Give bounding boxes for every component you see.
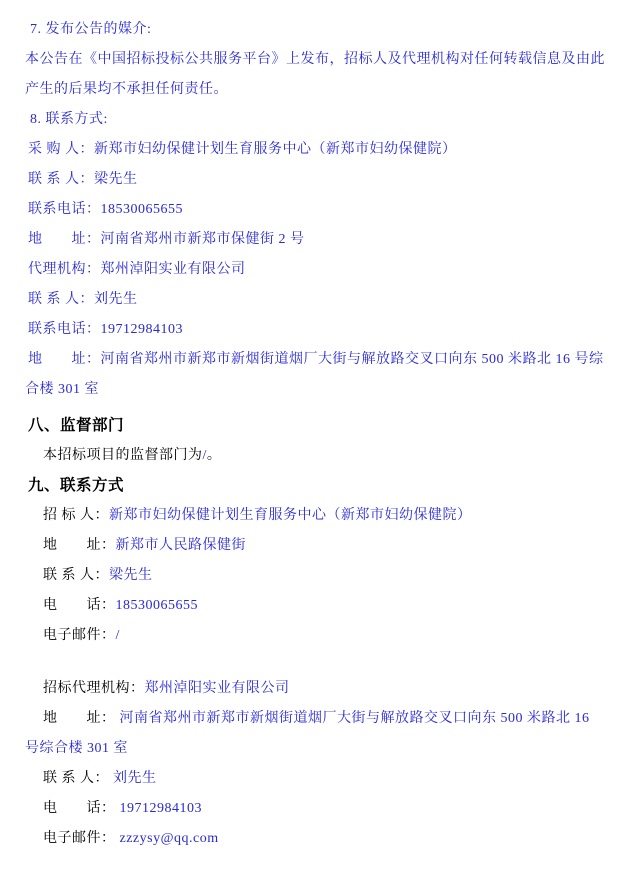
agency9-email-label: 电子邮件： bbox=[43, 831, 116, 846]
phone1-label: 联系电话： bbox=[28, 202, 101, 217]
tenderer-email-label: 电子邮件： bbox=[43, 628, 116, 643]
agency9-address-continuation-text: 号综合楼 301 室 bbox=[25, 741, 128, 756]
contact2-value: 刘先生 bbox=[94, 292, 138, 307]
contact2-row: 联 系 人：刘先生 bbox=[28, 285, 621, 315]
tenderer-row: 招 标 人：新郑市妇幼保健计划生育服务中心（新郑市妇幼保健院） bbox=[43, 501, 621, 531]
section7-body-line1: 本公告在《中国招标投标公共服务平台》上发布，招标人及代理机构对任何转载信息及由此 bbox=[25, 45, 621, 75]
tenderer-contact-row: 联 系 人：梁先生 bbox=[43, 561, 621, 591]
agency9-email-value: zzzysy@qq.com bbox=[116, 831, 219, 846]
agency9-phone-label: 电 话： bbox=[43, 801, 116, 816]
contact1-label: 联 系 人： bbox=[28, 172, 94, 187]
purchaser-value: 新郑市妇幼保健计划生育服务中心（新郑市妇幼保健院） bbox=[94, 142, 457, 157]
agency9-email-row: 电子邮件： zzzysy@qq.com bbox=[43, 824, 621, 854]
contact1-value: 梁先生 bbox=[94, 172, 138, 187]
address1-value: 河南省郑州市新郑市保健街 2 号 bbox=[101, 232, 305, 247]
tenderer-phone-value: 18530065655 bbox=[116, 598, 199, 613]
address1-row: 地 址：河南省郑州市新郑市保健街 2 号 bbox=[28, 225, 621, 255]
phone1-row: 联系电话：18530065655 bbox=[28, 195, 621, 225]
phone2-label: 联系电话： bbox=[28, 322, 101, 337]
phone2-row: 联系电话：19712984103 bbox=[28, 315, 621, 345]
tenderer-email-row: 电子邮件：/ bbox=[43, 621, 621, 651]
agency9-address-value: 河南省郑州市新郑市新烟街道烟厂大街与解放路交叉口向东 500 米路北 16 bbox=[116, 711, 590, 726]
tenderer-address-value: 新郑市人民路保健街 bbox=[116, 538, 247, 553]
supervision-body: 本招标项目的监督部门为/。 bbox=[43, 441, 621, 471]
section7-body-line2: 产生的后果均不承担任何责任。 bbox=[25, 75, 621, 105]
phone1-value: 18530065655 bbox=[101, 202, 184, 217]
supervision-heading-text: 八、监督部门 bbox=[28, 417, 124, 434]
phone2-value: 19712984103 bbox=[101, 322, 184, 337]
agency9-contact-label: 联 系 人： bbox=[43, 771, 109, 786]
purchaser-row: 采 购 人：新郑市妇幼保健计划生育服务中心（新郑市妇幼保健院） bbox=[28, 135, 621, 165]
contactinfo-heading-text: 九、联系方式 bbox=[28, 477, 124, 494]
agency9-address-label: 地 址： bbox=[43, 711, 116, 726]
tenderer-contact-value: 梁先生 bbox=[109, 568, 153, 583]
tenderer-label: 招 标 人： bbox=[43, 508, 109, 523]
tenderer-address-row: 地 址：新郑市人民路保健街 bbox=[43, 531, 621, 561]
supervision-body-suffix: 。 bbox=[207, 448, 222, 463]
agency8-row: 代理机构：郑州淖阳实业有限公司 bbox=[28, 255, 621, 285]
supervision-heading: 八、监督部门 bbox=[28, 411, 621, 441]
document-page: 7. 发布公告的媒介: 本公告在《中国招标投标公共服务平台》上发布，招标人及代理… bbox=[0, 0, 621, 894]
agency9-contact-row: 联 系 人： 刘先生 bbox=[43, 764, 621, 794]
agency9-row: 招标代理机构：郑州淖阳实业有限公司 bbox=[43, 674, 621, 704]
contactinfo-heading: 九、联系方式 bbox=[28, 471, 621, 501]
section7-heading-text: 7. 发布公告的媒介: bbox=[30, 22, 151, 37]
agency9-phone-value: 19712984103 bbox=[116, 801, 203, 816]
agency9-value: 郑州淖阳实业有限公司 bbox=[145, 681, 290, 696]
agency9-address-row: 地 址： 河南省郑州市新郑市新烟街道烟厂大街与解放路交叉口向东 500 米路北 … bbox=[43, 704, 621, 734]
contact1-row: 联 系 人：梁先生 bbox=[28, 165, 621, 195]
blank-line-spacer bbox=[0, 651, 621, 674]
section7-heading: 7. 发布公告的媒介: bbox=[30, 15, 621, 45]
agency9-contact-value: 刘先生 bbox=[109, 771, 157, 786]
section8-heading-text: 8. 联系方式: bbox=[30, 112, 108, 127]
tenderer-contact-label: 联 系 人： bbox=[43, 568, 109, 583]
section7-body-line2-text: 产生的后果均不承担任何责任。 bbox=[25, 82, 228, 97]
supervision-body-prefix: 本招标项目的监督部门为 bbox=[43, 448, 203, 463]
agency9-label: 招标代理机构： bbox=[43, 681, 145, 696]
section8-heading: 8. 联系方式: bbox=[30, 105, 621, 135]
address2-value: 河南省郑州市新郑市新烟街道烟厂大街与解放路交叉口向东 500 米路北 16 号综 bbox=[101, 352, 604, 367]
tenderer-phone-label: 电 话： bbox=[43, 598, 116, 613]
section7-body-line1-text: 本公告在《中国招标投标公共服务平台》上发布，招标人及代理机构对任何转载信息及由此 bbox=[25, 52, 605, 67]
address2-continuation-text: 合楼 301 室 bbox=[25, 382, 99, 397]
agency9-phone-row: 电 话： 19712984103 bbox=[43, 794, 621, 824]
tenderer-email-value: / bbox=[116, 628, 120, 643]
tenderer-address-label: 地 址： bbox=[43, 538, 116, 553]
contact2-label: 联 系 人： bbox=[28, 292, 94, 307]
agency8-value: 郑州淖阳实业有限公司 bbox=[101, 262, 246, 277]
address1-label: 地 址： bbox=[28, 232, 101, 247]
address2-continuation: 合楼 301 室 bbox=[25, 375, 621, 405]
address2-row: 地 址：河南省郑州市新郑市新烟街道烟厂大街与解放路交叉口向东 500 米路北 1… bbox=[28, 345, 621, 375]
purchaser-label: 采 购 人： bbox=[28, 142, 94, 157]
agency9-address-continuation: 号综合楼 301 室 bbox=[25, 734, 621, 764]
agency8-label: 代理机构： bbox=[28, 262, 101, 277]
tenderer-phone-row: 电 话：18530065655 bbox=[43, 591, 621, 621]
tenderer-value: 新郑市妇幼保健计划生育服务中心（新郑市妇幼保健院） bbox=[109, 508, 472, 523]
address2-label: 地 址： bbox=[28, 352, 101, 367]
